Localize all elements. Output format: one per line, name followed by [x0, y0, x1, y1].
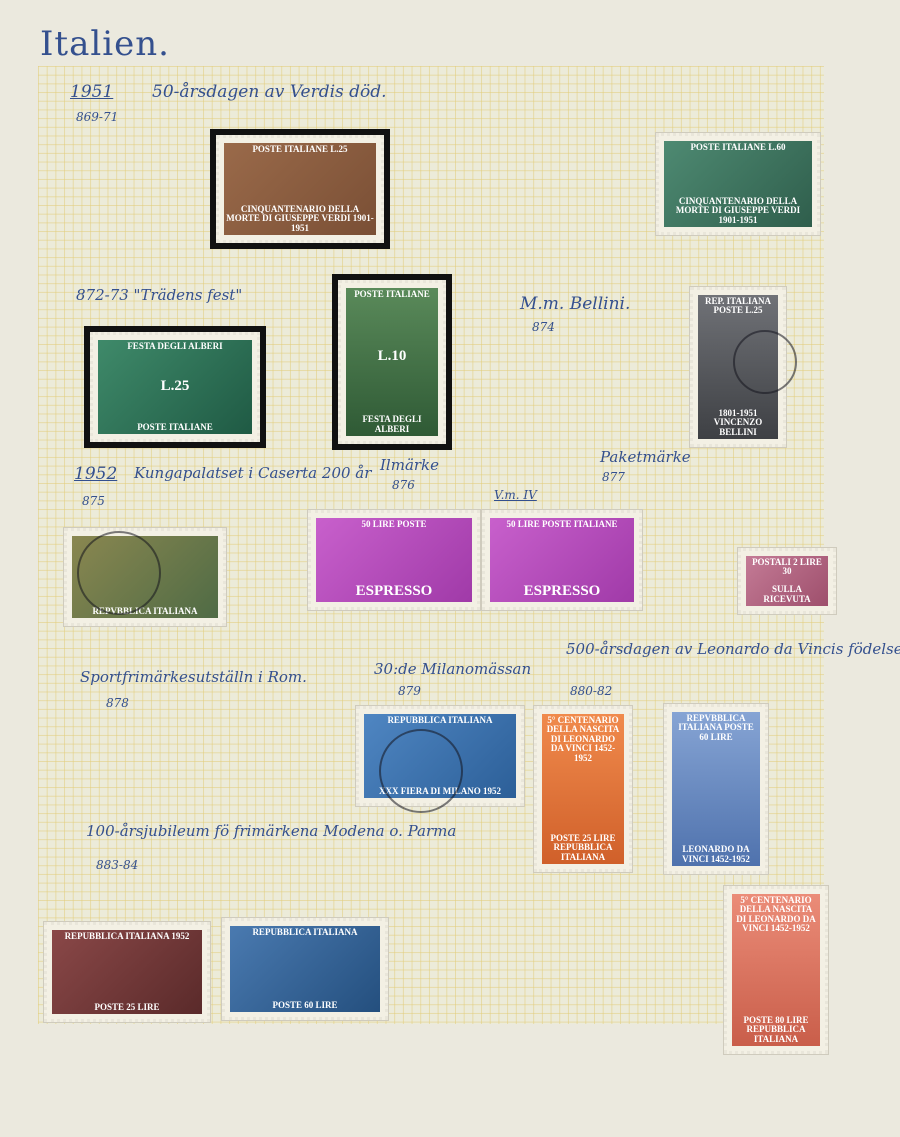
stamp-text: 50 LIRE POSTE [316, 518, 472, 531]
stamp-fiera-milano: REPUBBLICA ITALIANA XXX FIERA DI MILANO … [356, 706, 524, 806]
page-title: Italien. [40, 24, 170, 64]
stamp-text: POSTE ITALIANE L.60 [664, 141, 812, 154]
stamp-bellini: REP. ITALIANA POSTE L.25 1801-1951 VINCE… [690, 287, 786, 447]
stamp-verdi-25: POSTE ITALIANE L.25 CINQUANTENARIO DELLA… [216, 135, 384, 243]
stamp-text: POSTE 25 LIRE [52, 1001, 202, 1014]
stamp-verdi-60: POSTE ITALIANE L.60 CINQUANTENARIO DELLA… [656, 133, 820, 235]
caption-milano: 30:de Milanomässan [374, 660, 531, 678]
stamp-text: POSTE 25 LIRE REPUBBLICA ITALIANA [542, 832, 624, 864]
caption-sport: Sportfrimärkesutställn i Rom. [80, 668, 307, 686]
stamp-text: REP. ITALIANA POSTE L.25 [698, 295, 778, 318]
stamp-text: POSTE ITALIANE [346, 288, 438, 301]
catalog-878: 878 [106, 696, 129, 710]
stamp-text: REPUBBLICA ITALIANA [230, 926, 380, 939]
caption-bellini: M.m. Bellini. [520, 294, 630, 314]
stamp-leonardo-25: 5° CENTENARIO DELLA NASCITA DI LEONARDO … [534, 706, 632, 872]
catalog-874: 874 [532, 320, 555, 334]
stamp-espresso-2: 50 LIRE POSTE ITALIANE ESPRESSO [482, 510, 642, 610]
catalog-879: 879 [398, 684, 421, 698]
stamp-text: 5° CENTENARIO DELLA NASCITA DI LEONARDO … [542, 714, 624, 765]
stamp-text: POSTE ITALIANE L.25 [224, 143, 376, 156]
stamp-text: POSTALI 2 LIRE 30 [746, 556, 828, 579]
stamp-alberi-25: FESTA DEGLI ALBERI L.25 POSTE ITALIANE [90, 332, 260, 442]
stamp-espresso-1: 50 LIRE POSTE ESPRESSO [308, 510, 480, 610]
stamp-text: FESTA DEGLI ALBERI [346, 413, 438, 436]
year-1951: 1951 [70, 82, 113, 102]
catalog-877: 877 [602, 470, 625, 484]
stamp-leonardo-60: REPVBBLICA ITALIANA POSTE 60 LIRE LEONAR… [664, 704, 768, 874]
caption-caserta: Kungapalatset i Caserta 200 år [134, 464, 371, 482]
catalog-875: 875 [82, 494, 105, 508]
album-page: Italien. 1951 50-årsdagen av Verdis död.… [0, 0, 900, 1137]
stamp-text: CINQUANTENARIO DELLA MORTE DI GIUSEPPE V… [664, 195, 812, 227]
caption-modena-parma: 100-årsjubileum fö frimärkena Modena o. … [86, 822, 456, 840]
catalog-880-82: 880-82 [570, 684, 612, 698]
stamp-alberi-10: POSTE ITALIANE L.10 FESTA DEGLI ALBERI [338, 280, 446, 444]
caption-verdi: 50-årsdagen av Verdis död. [152, 82, 387, 102]
stamp-text: ESPRESSO [490, 582, 634, 602]
catalog-876: 876 [392, 478, 415, 492]
stamp-modena-25: REPUBBLICA ITALIANA 1952 POSTE 25 LIRE [44, 922, 210, 1022]
catalog-883-84: 883-84 [96, 858, 138, 872]
stamp-caserta: REPVBBLICA ITALIANA [64, 528, 226, 626]
year-1952: 1952 [74, 464, 117, 484]
stamp-text: REPUBBLICA ITALIANA [364, 714, 516, 727]
stamp-text: REPVBBLICA ITALIANA POSTE 60 LIRE [672, 712, 760, 744]
stamp-text: ESPRESSO [316, 582, 472, 602]
postmark [733, 330, 797, 394]
stamp-text: CINQUANTENARIO DELLA MORTE DI GIUSEPPE V… [224, 203, 376, 235]
stamp-parma-60: REPUBBLICA ITALIANA POSTE 60 LIRE [222, 918, 388, 1020]
stamp-text: SULLA RICEVUTA [746, 583, 828, 606]
stamp-text: LEONARDO DA VINCI 1452-1952 [672, 843, 760, 866]
stamp-text: POSTE 80 LIRE REPUBBLICA ITALIANA [732, 1014, 820, 1046]
stamp-leonardo-80: 5° CENTENARIO DELLA NASCITA DI LEONARDO … [724, 886, 828, 1054]
stamp-value: L.10 [346, 347, 438, 367]
caption-ilmarke: Ilmärke [380, 456, 439, 474]
stamp-value: L.25 [98, 377, 252, 397]
note-vm-iv: V.m. IV [494, 488, 537, 502]
caption-leonardo: 500-årsdagen av Leonardo da Vincis födel… [566, 640, 900, 658]
stamp-text: 5° CENTENARIO DELLA NASCITA DI LEONARDO … [732, 894, 820, 936]
stamp-text: REPUBBLICA ITALIANA 1952 [52, 930, 202, 943]
postmark [77, 531, 161, 615]
stamp-text: POSTE ITALIANE [98, 421, 252, 434]
stamp-text: 50 LIRE POSTE ITALIANE [490, 518, 634, 531]
stamp-text: FESTA DEGLI ALBERI [98, 340, 252, 353]
stamp-text: 1801-1951 VINCENZO BELLINI [698, 407, 778, 439]
caption-tradens-fest: 872-73 "Trädens fest" [76, 286, 242, 304]
postmark [379, 729, 463, 813]
stamp-pacchi: POSTALI 2 LIRE 30 SULLA RICEVUTA [738, 548, 836, 614]
catalog-869-71: 869-71 [76, 110, 118, 124]
caption-paketmarke: Paketmärke [600, 448, 691, 466]
stamp-text: POSTE 60 LIRE [230, 999, 380, 1012]
